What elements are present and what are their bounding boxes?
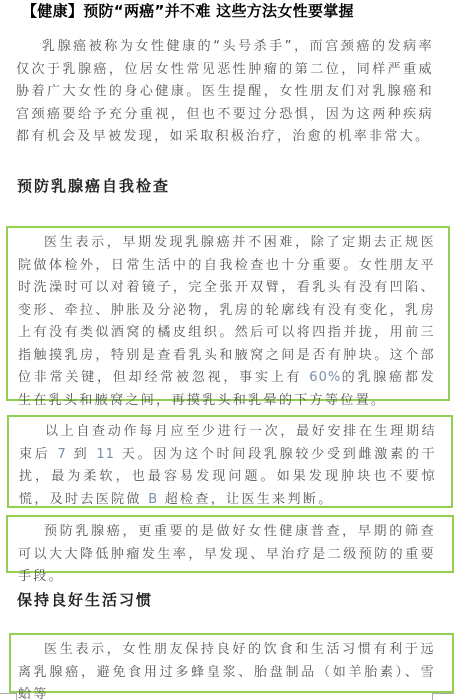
box-paragraph: 预防乳腺癌，更重要的是做好女性健康普查，早期的筛查可以大大降低肿瘤发生率，早发现… (18, 521, 436, 589)
box-paragraph: 以上自查动作每月应至少进行一次，最好安排在生理期结束后 7 到 11 天。因为这… (19, 421, 437, 511)
percentage-value: 60% (309, 370, 341, 385)
content-box-diet-habits: 医生表示，女性朋友保持良好的饮食和生活习惯有利于远离乳腺癌，避免食用过多蜂皇浆、… (9, 633, 454, 693)
section-heading-habits: 保持良好生活习惯 (17, 590, 153, 610)
content-box-self-exam-method: 医生表示，早期发现乳腺癌并不困难，除了定期去正规医院做体检外，日常生活中的自我检… (6, 226, 450, 401)
box-text: 超检查，让医生来判断。 (158, 492, 333, 507)
box-paragraph: 医生表示，女性朋友保持良好的饮食和生活习惯有利于远离乳腺癌，避免食用过多蜂皇浆、… (18, 639, 436, 700)
table-border-line (0, 693, 17, 694)
box-text: 到 (67, 447, 97, 462)
box-paragraph: 医生表示，早期发现乳腺癌并不困难，除了定期去正规医院做体检外，日常生活中的自我检… (18, 232, 436, 412)
content-box-self-exam-timing: 以上自查动作每月应至少进行一次，最好安排在生理期结束后 7 到 11 天。因为这… (7, 415, 453, 508)
content-box-screening: 预防乳腺癌，更重要的是做好女性健康普查，早期的筛查可以大大降低肿瘤发生率，早发现… (6, 515, 454, 573)
section-heading-self-exam: 预防乳腺癌自我检查 (17, 176, 170, 196)
table-border-line (432, 693, 454, 694)
b-ultrasound-letter: B (148, 492, 158, 507)
day-end-value: 11 (96, 447, 115, 462)
table-border-line (432, 693, 433, 700)
intro-paragraph: 乳腺癌被称为女性健康的“头号杀手”，而宫颈癌的发病率仅次于乳腺癌，位居女性常见恶… (16, 36, 434, 149)
box-text: 医生表示，早期发现乳腺癌并不困难，除了定期去正规医院做体检外，日常生活中的自我检… (18, 235, 436, 385)
article-title: 【健康】预防“两癌”并不难 这些方法女性要掌握 (22, 1, 460, 21)
table-border-line (16, 693, 17, 700)
day-start-value: 7 (57, 447, 66, 462)
